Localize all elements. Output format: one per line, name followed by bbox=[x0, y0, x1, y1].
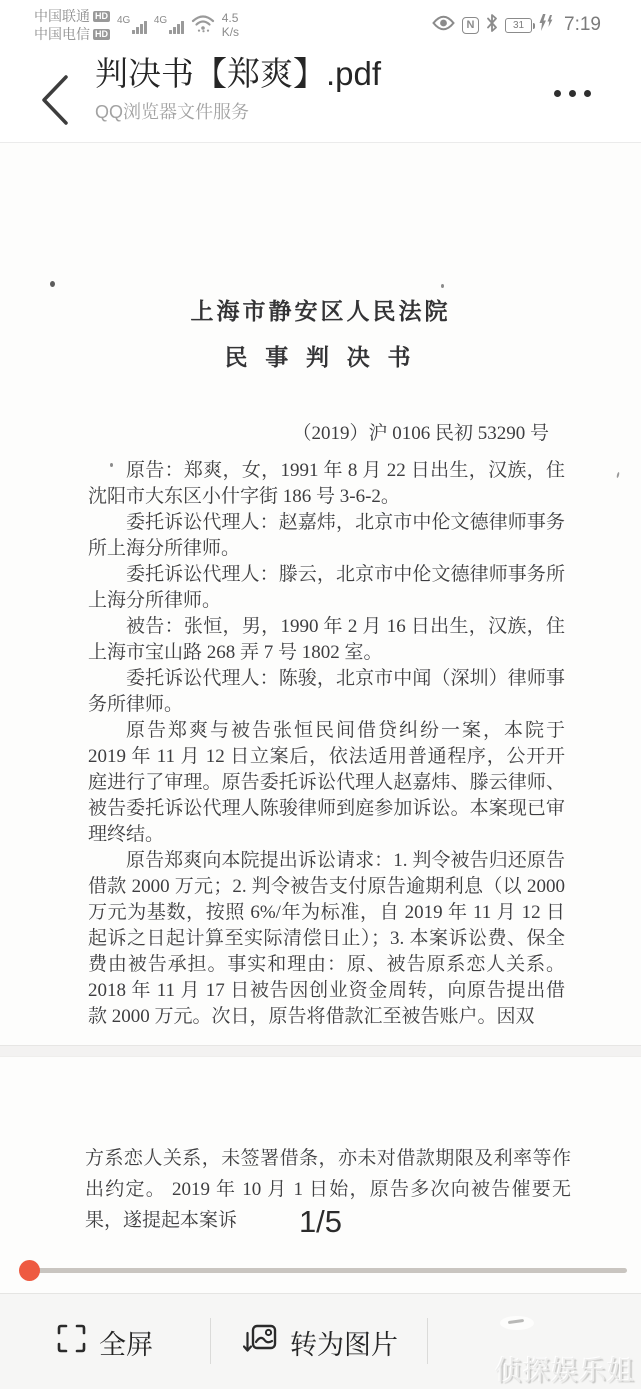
carrier-labels: 中国联通 HD 中国电信 HD bbox=[34, 8, 110, 43]
battery-icon: 31 bbox=[505, 18, 532, 33]
paragraph: 委托诉讼代理人：赵嘉炜，北京市中伦文德律师事务所上海分所律师。 bbox=[88, 510, 565, 562]
paragraph: 原告郑爽向本院提出诉讼请求：1. 判令被告归还原告借款 2000 万元；2. 判… bbox=[88, 848, 565, 1030]
file-source: QQ浏览器文件服务 bbox=[95, 98, 521, 124]
file-title-block: 判决书【郑爽】.pdf QQ浏览器文件服务 bbox=[95, 52, 521, 124]
slider-handle[interactable] bbox=[19, 1260, 40, 1281]
court-name: 上海市静安区人民法院 bbox=[0, 293, 641, 326]
signal-bars-icon: 4G bbox=[154, 13, 184, 37]
nfc-icon: N bbox=[462, 17, 479, 34]
slider-track[interactable] bbox=[28, 1268, 627, 1273]
more-menu-icon[interactable] bbox=[554, 90, 591, 97]
paragraph: 委托诉讼代理人：陈骏，北京市中闻（深圳）律师事务所律师。 bbox=[88, 666, 565, 718]
scan-speck bbox=[441, 284, 444, 288]
file-header: 判决书【郑爽】.pdf QQ浏览器文件服务 bbox=[0, 50, 641, 143]
fullscreen-button[interactable]: 全屏 bbox=[57, 1294, 153, 1389]
battery-level: 31 bbox=[513, 20, 524, 31]
fullscreen-label: 全屏 bbox=[99, 1323, 153, 1362]
hd-badge: HD bbox=[93, 11, 110, 22]
paragraph: 原告郑爽与被告张恒民间借贷纠纷一案，本院于 2019 年 11 月 12 日立案… bbox=[88, 718, 565, 848]
bluetooth-icon bbox=[486, 14, 498, 37]
convert-to-image-icon bbox=[243, 1323, 277, 1362]
eye-comfort-icon bbox=[432, 15, 455, 36]
fullscreen-icon bbox=[57, 1324, 86, 1360]
hd-badge: HD bbox=[93, 29, 110, 40]
watermark: 侦探娱乐姐 bbox=[495, 1349, 635, 1388]
toolbar-divider bbox=[210, 1318, 211, 1364]
convert-to-image-label: 转为图片 bbox=[290, 1323, 398, 1362]
scan-smudge bbox=[500, 1316, 534, 1330]
file-name: 判决书【郑爽】.pdf bbox=[95, 52, 521, 96]
wifi-icon bbox=[191, 13, 215, 38]
status-bar: 中国联通 HD 中国电信 HD 4G 4G bbox=[0, 0, 641, 50]
charging-bolt-icon bbox=[539, 14, 554, 36]
network-type-label: 4G bbox=[117, 15, 130, 26]
paragraph: 被告：张恒，男，1990 年 2 月 16 日出生，汉族，住上海市宝山路 268… bbox=[88, 614, 565, 666]
paragraph: 委托诉讼代理人：滕云，北京市中伦文德律师事务所上海分所律师。 bbox=[88, 562, 565, 614]
clock-time: 7:19 bbox=[564, 14, 601, 36]
judgment-body: 原告：郑爽，女，1991 年 8 月 22 日出生，汉族，住沈阳市大东区小什字街… bbox=[0, 458, 641, 1030]
scan-speck bbox=[50, 281, 55, 287]
carrier1-label: 中国联通 bbox=[34, 8, 90, 25]
carrier2-label: 中国电信 bbox=[34, 26, 90, 43]
pdf-viewer-app: 中国联通 HD 中国电信 HD 4G 4G bbox=[0, 0, 641, 1389]
document-type: 民 事 判 决 书 bbox=[0, 339, 641, 372]
status-right-cluster: N 31 7:19 bbox=[432, 14, 601, 37]
scan-speck bbox=[110, 463, 113, 467]
convert-to-image-button[interactable]: 转为图片 bbox=[243, 1294, 398, 1389]
page-indicator: 1/5 bbox=[0, 1204, 641, 1240]
paragraph: 原告：郑爽，女，1991 年 8 月 22 日出生，汉族，住沈阳市大东区小什字街… bbox=[88, 458, 565, 510]
status-left-cluster: 中国联通 HD 中国电信 HD 4G 4G bbox=[34, 8, 239, 43]
case-number: （2019）沪 0106 民初 53290 号 bbox=[0, 418, 641, 445]
page-gap-divider bbox=[0, 1045, 641, 1057]
page-number-marker: － 1 － bbox=[0, 1038, 641, 1045]
page-progress-slider[interactable] bbox=[0, 1258, 641, 1282]
signal-bars-icon: 4G bbox=[117, 13, 147, 37]
pdf-page-1[interactable]: 上海市静安区人民法院 民 事 判 决 书 （2019）沪 0106 民初 532… bbox=[0, 143, 641, 1045]
network-speed: 4.5 K/s bbox=[222, 11, 239, 39]
network-type-label: 4G bbox=[154, 15, 167, 26]
back-chevron-icon[interactable] bbox=[40, 74, 70, 126]
toolbar-divider bbox=[427, 1318, 428, 1364]
